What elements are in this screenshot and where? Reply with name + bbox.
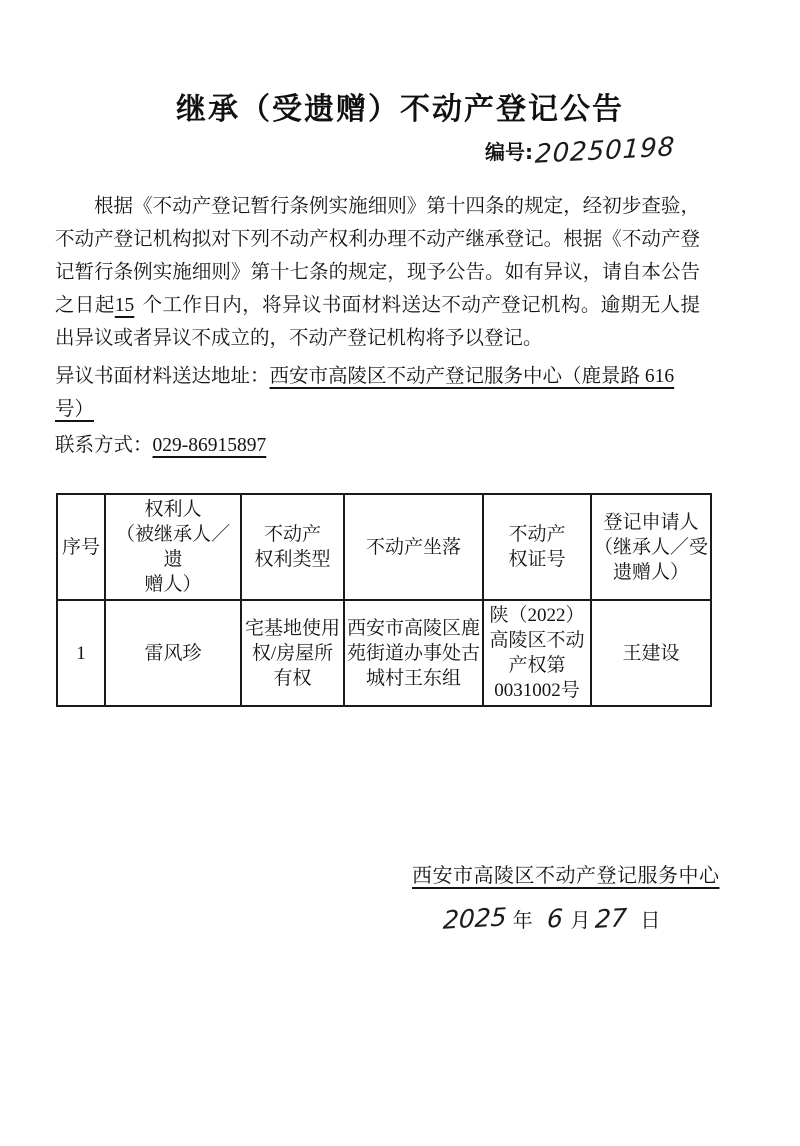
cell-right-type: 宅基地使用权/房屋所有权: [241, 600, 344, 706]
notice-body: 根据《不动产登记暂行条例实施细则》第十四条的规定，经初步查验，不动产登记机构拟对…: [55, 190, 700, 462]
header-cell-right-type: 不动产 权利类型: [241, 494, 344, 600]
date-year-handwritten: 2025: [442, 904, 507, 932]
paragraph-text-after-days: 个工作日内，将异议书面材料送达不动产登记机构。逾期无人提出异议或者异议不成立的，…: [55, 295, 700, 349]
header-cell-seq: 序号: [57, 494, 105, 600]
doc-title: 继承（受遗赠）不动产登记公告: [0, 90, 800, 130]
doc-number-label: 编号:: [485, 140, 533, 164]
date-year-label: 年: [513, 910, 533, 932]
date-day-label: 日: [640, 910, 660, 932]
address-label: 异议书面材料送达地址：: [55, 366, 270, 387]
header-cell-cert-no: 不动产 权证号: [483, 494, 591, 600]
document-page: 继承（受遗赠）不动产登记公告 编号:20250198 根据《不动产登记暂行条例实…: [0, 0, 800, 1146]
table-header-row: 序号 权利人 （被继承人／遗 赠人） 不动产 权利类型 不动产坐落 不动产 权证…: [57, 494, 711, 600]
objection-days-underlined: 15: [115, 295, 138, 316]
table-row: 1 雷风珍 宅基地使用权/房屋所有权 西安市高陵区鹿苑街道办事处古城村王东组 陕…: [57, 600, 711, 706]
footer-date-line: 2025年6月27日: [443, 904, 800, 933]
footer-org-name: 西安市高陵区不动产登记服务中心: [412, 859, 800, 888]
cell-applicant: 王建设: [591, 600, 711, 706]
cell-owner: 雷风珍: [105, 600, 241, 706]
date-day-handwritten: 27: [594, 905, 627, 932]
header-cell-owner: 权利人 （被继承人／遗 赠人）: [105, 494, 241, 600]
address-line: 异议书面材料送达地址：西安市高陵区不动产登记服务中心（鹿景路 616 号）: [55, 360, 700, 426]
contact-label: 联系方式：: [55, 435, 153, 456]
cell-seq: 1: [57, 600, 105, 706]
cell-cert-no: 陕（2022）高陵区不动产权第0031002号: [483, 600, 591, 706]
cell-location: 西安市高陵区鹿苑街道办事处古城村王东组: [344, 600, 483, 706]
date-month-handwritten: 6: [546, 906, 563, 932]
notice-paragraph: 根据《不动产登记暂行条例实施细则》第十四条的规定，经初步查验，不动产登记机构拟对…: [55, 190, 700, 355]
contact-value-underlined: 029-86915897: [153, 435, 267, 456]
contact-line: 联系方式：029-86915897: [55, 429, 700, 462]
registration-table: 序号 权利人 （被继承人／遗 赠人） 不动产 权利类型 不动产坐落 不动产 权证…: [56, 493, 712, 707]
date-month-label: 月: [571, 910, 591, 932]
doc-number-handwritten: 20250198: [534, 134, 676, 167]
header-cell-applicant: 登记申请人 （继承人／受 遗赠人）: [591, 494, 711, 600]
header-cell-location: 不动产坐落: [344, 494, 483, 600]
doc-number-line: 编号:20250198: [485, 136, 800, 178]
